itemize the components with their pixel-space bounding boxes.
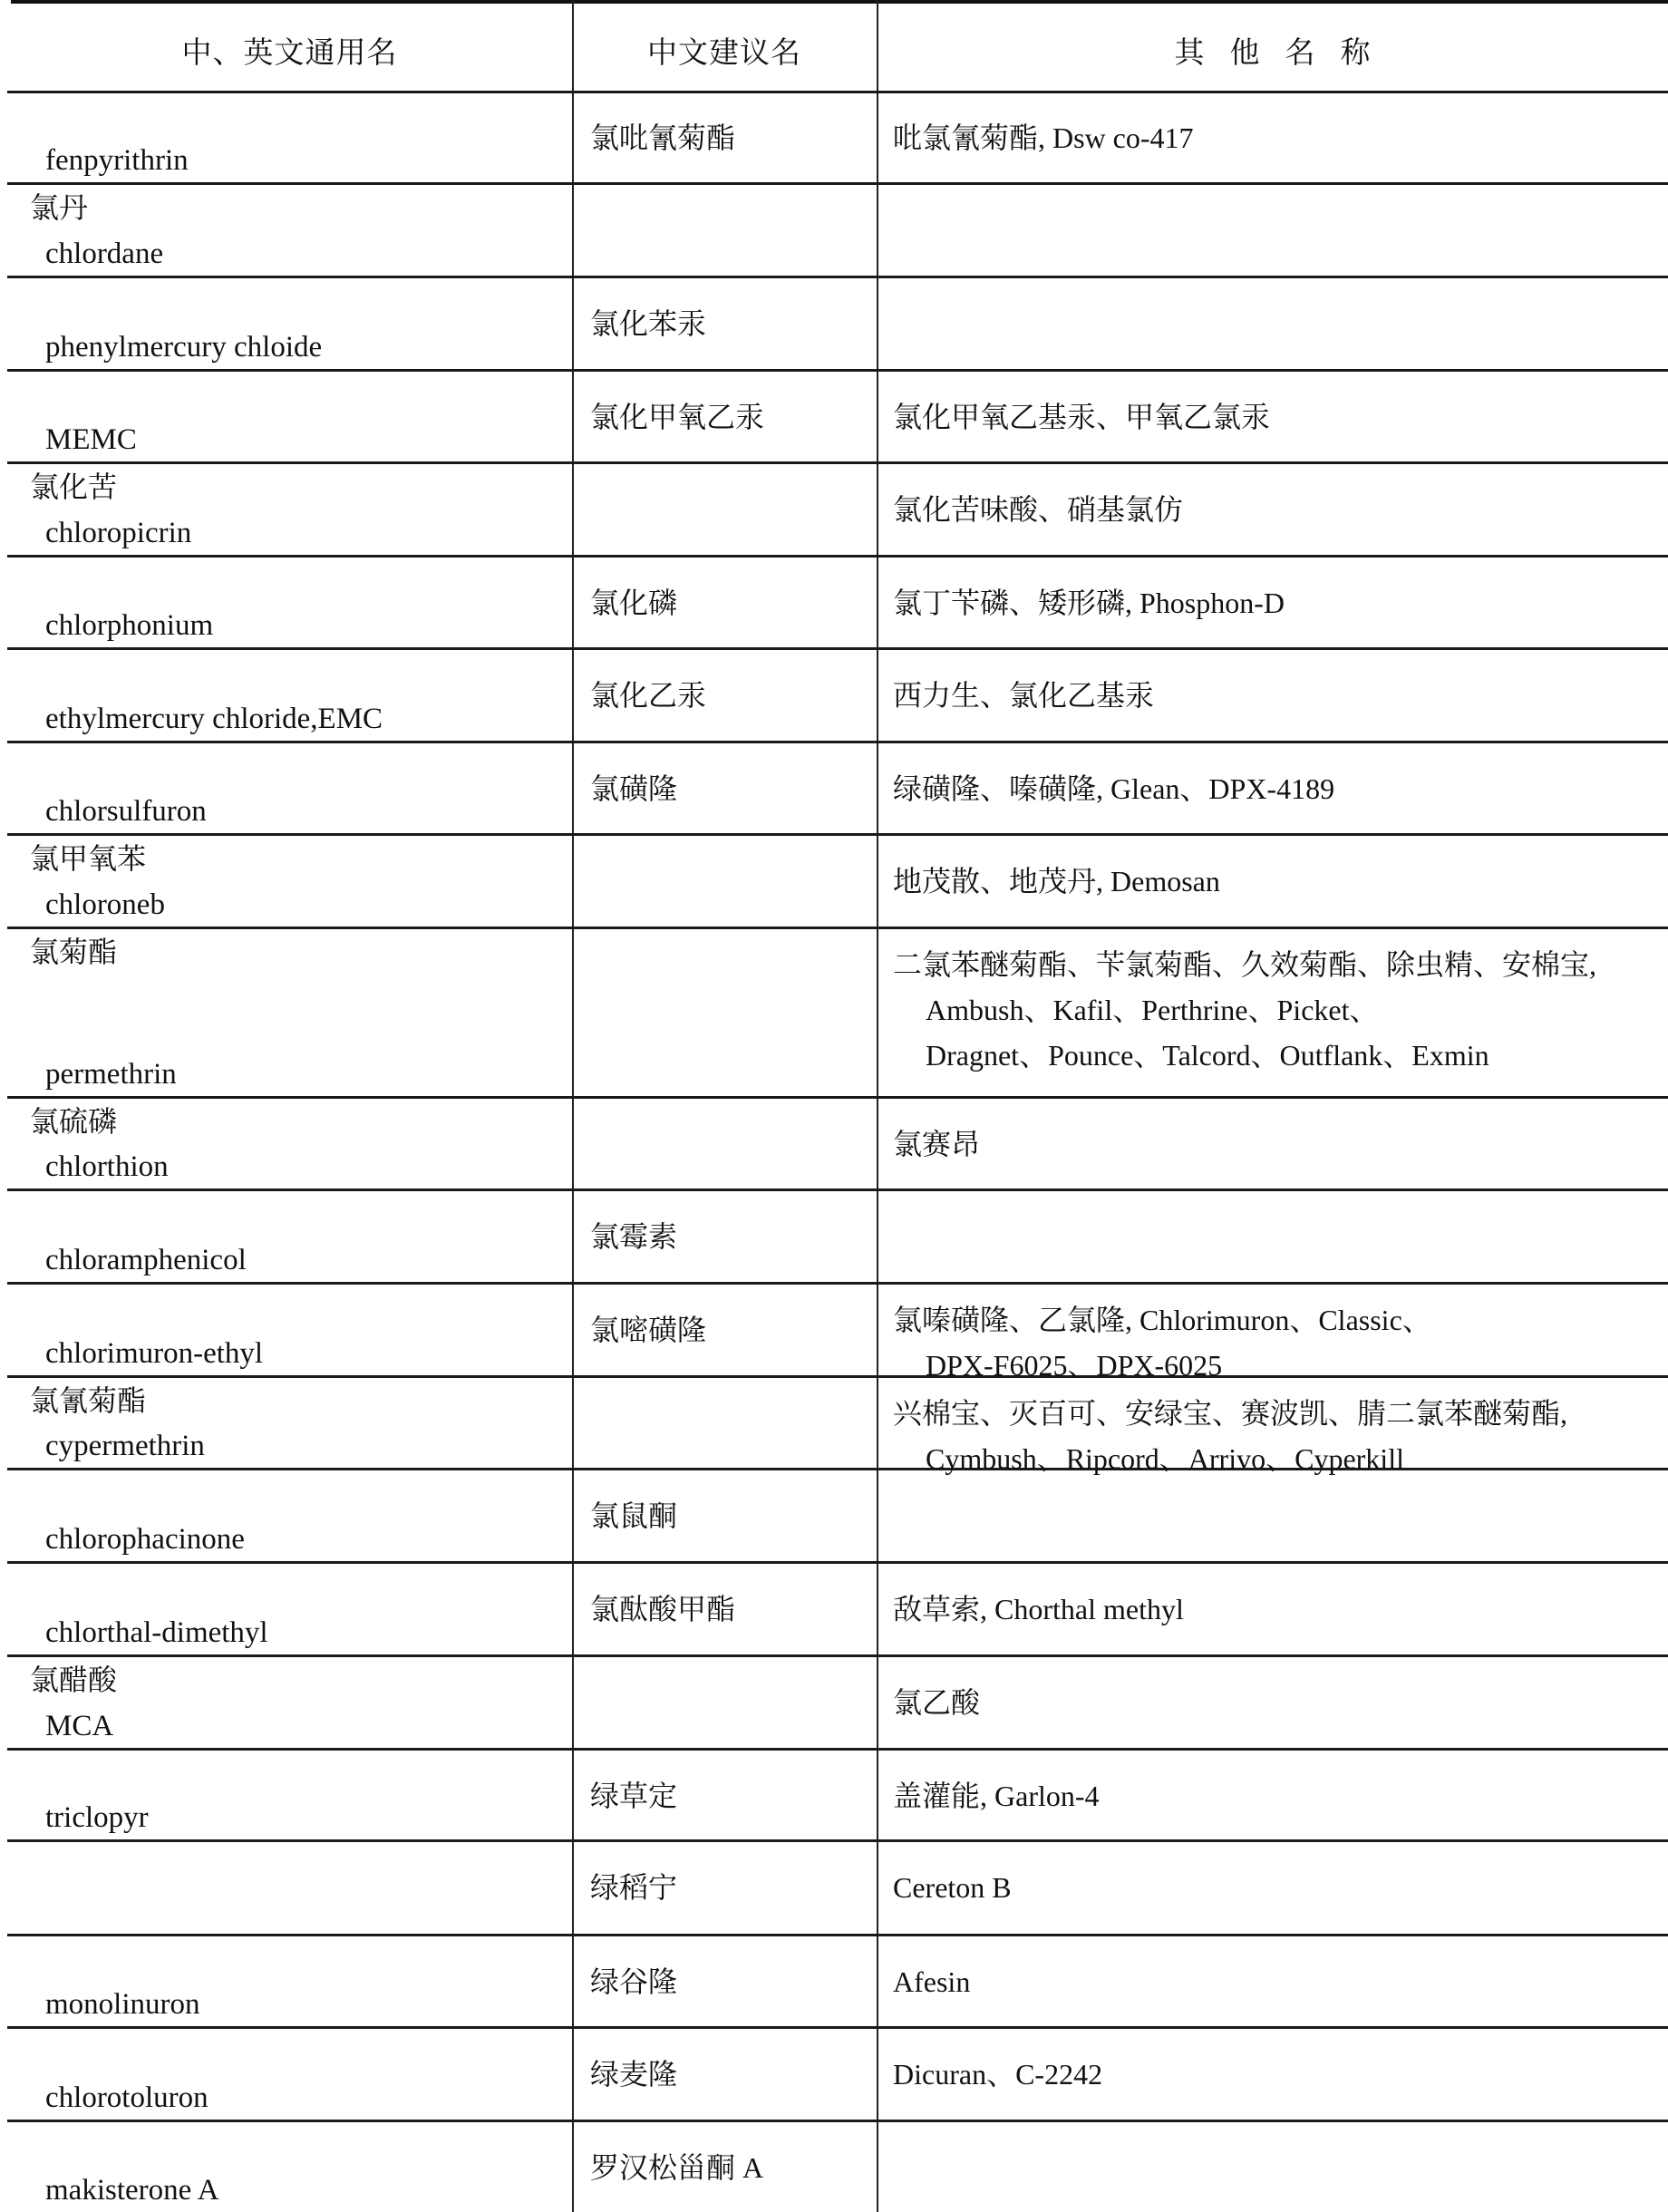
chinese-suggested-name: 氯霉素 <box>590 1218 677 1255</box>
chinese-suggested-name: 氯鼠酮 <box>590 1498 677 1534</box>
other-names: 敌草索, Chorthal methyl <box>893 1591 1661 1627</box>
chinese-suggested-name: 氯吡氰菊酯 <box>590 120 735 156</box>
common-name-cell: ethylmercury chloride,EMC <box>7 650 572 741</box>
other-name-line: 氯赛昂 <box>893 1126 1661 1162</box>
other-names: 氯嗪磺隆、乙氯隆, Chlorimuron、Classic、DPX-F6025、… <box>893 1297 1661 1388</box>
common-name-cell: 氯丹 chlordane <box>7 185 572 276</box>
other-names: 吡氯氰菊酯, Dsw co-417 <box>893 120 1661 156</box>
english-common-name: permethrin <box>45 1054 177 1094</box>
chinese-common-name: 氯硫磷 <box>30 1104 117 1139</box>
common-name-cell: chlorthal-dimethyl <box>7 1564 572 1654</box>
chinese-suggested-name: 氯酞酸甲酯 <box>590 1591 735 1627</box>
other-names-cell: 氯化苦味酸、硝基氯仿 <box>877 464 1668 555</box>
other-name-line: Ambush、Kafil、Perthrine、Picket、 <box>893 987 1661 1033</box>
other-names: 地茂散、地茂丹, Demosan <box>893 836 1661 927</box>
other-name-line: 盖灌能, Garlon-4 <box>893 1778 1661 1814</box>
other-name-line: 地茂散、地茂丹, Demosan <box>893 863 1661 899</box>
other-names: Afesin <box>893 1964 1661 2000</box>
suggested-name-cell: 氯吡氰菊酯 <box>572 92 877 182</box>
other-names-cell: 敌草索, Chorthal methyl <box>877 1564 1668 1654</box>
other-name-line: 敌草索, Chorthal methyl <box>893 1591 1661 1627</box>
suggested-name-cell <box>572 1378 877 1468</box>
chinese-common-name: 氯菊酯 <box>30 935 117 969</box>
english-common-name: chloramphenicol <box>45 1240 247 1280</box>
other-names-cell <box>877 185 1668 276</box>
other-name-line: 氯化苦味酸、硝基氯仿 <box>893 491 1661 528</box>
table-row: phenylmercury chloide 氯化苯汞 <box>7 278 1668 372</box>
other-names-cell: 吡氯氰菊酯, Dsw co-417 <box>877 92 1668 182</box>
column-header-suggested-name: 中文建议名 <box>572 4 877 96</box>
column-header-common-name: 中、英文通用名 <box>7 4 572 96</box>
other-names-cell: 氯嗪磺隆、乙氯隆, Chlorimuron、Classic、DPX-F6025、… <box>877 1285 1668 1375</box>
chinese-common-name: 氯化苦 <box>30 470 117 504</box>
other-names: 氯乙酸 <box>893 1657 1661 1748</box>
other-name-line: Cereton B <box>893 1869 1661 1906</box>
column-header-other-names: 其他名称 <box>877 4 1668 96</box>
table-row: 氯丹 chlordane <box>7 185 1668 278</box>
chinese-suggested-name: 氯化苯汞 <box>590 306 706 342</box>
pesticide-name-table: 中、英文通用名 中文建议名 其他名称 fenpyrithrin 氯吡氰菊酯 吡氯… <box>7 0 1668 2212</box>
suggested-name-cell: 绿稻宁 <box>572 1842 877 1934</box>
table-row: chloramphenicol 氯霉素 <box>7 1191 1668 1285</box>
suggested-name-cell <box>572 185 877 276</box>
chinese-suggested-name: 氯化乙汞 <box>590 677 706 713</box>
common-name-cell: chlorophacinone <box>7 1470 572 1561</box>
common-name-cell: 氯醋酸 MCA <box>7 1657 572 1748</box>
suggested-name-cell: 氯嘧磺隆 <box>572 1285 877 1375</box>
chinese-suggested-name: 氯化磷 <box>590 585 677 621</box>
other-name-line: 二氯苯醚菊酯、苄氯菊酯、久效菊酯、除虫精、安棉宝, <box>893 942 1661 987</box>
other-names: 盖灌能, Garlon-4 <box>893 1778 1661 1814</box>
english-common-name: chloroneb <box>45 885 165 925</box>
other-name-line: 绿磺隆、嗪磺隆, Glean、DPX-4189 <box>893 771 1661 807</box>
table-row: MEMC 氯化甲氧乙汞 氯化甲氧乙基汞、甲氧乙氯汞 <box>7 372 1668 464</box>
other-names-cell: Afesin <box>877 1936 1668 2026</box>
other-name-line: 氯化甲氧乙基汞、甲氧乙氯汞 <box>893 399 1661 435</box>
suggested-name-cell: 氯霉素 <box>572 1191 877 1282</box>
chinese-suggested-name: 绿谷隆 <box>590 1964 677 2000</box>
table-row: 氯菊酯 permethrin 二氯苯醚菊酯、苄氯菊酯、久效菊酯、除虫精、安棉宝,… <box>7 929 1668 1099</box>
chinese-common-name: 氯氰菊酯 <box>30 1383 146 1418</box>
other-names-cell <box>877 1470 1668 1561</box>
suggested-name-cell: 氯化乙汞 <box>572 650 877 741</box>
other-names-cell: Cereton B <box>877 1842 1668 1934</box>
suggested-name-cell: 氯化磷 <box>572 558 877 647</box>
suggested-name-cell: 氯化苯汞 <box>572 278 877 369</box>
table-row: 氯氰菊酯 cypermethrin 兴棉宝、灭百可、安绿宝、赛波凯、腈二氯苯醚菊… <box>7 1378 1668 1470</box>
common-name-cell: monolinuron <box>7 1936 572 2026</box>
other-names-cell: 氯乙酸 <box>877 1657 1668 1748</box>
common-name-cell: 氯菊酯 permethrin <box>7 929 572 1096</box>
table-row: chlorphonium 氯化磷 氯丁苄磷、矮形磷, Phosphon-D <box>7 558 1668 650</box>
other-names: 氯丁苄磷、矮形磷, Phosphon-D <box>893 585 1661 621</box>
common-name-cell: phenylmercury chloide <box>7 278 572 369</box>
english-common-name: ethylmercury chloride,EMC <box>45 699 383 739</box>
table-header-row: 中、英文通用名 中文建议名 其他名称 <box>7 4 1668 93</box>
common-name-cell: MEMC <box>7 372 572 461</box>
other-names-cell <box>877 278 1668 369</box>
table-row: 氯甲氧苯 chloroneb 地茂散、地茂丹, Demosan <box>7 836 1668 929</box>
common-name-cell: makisterone A <box>7 2122 572 2212</box>
chinese-suggested-name: 绿草定 <box>590 1778 677 1814</box>
suggested-name-cell <box>572 1657 877 1748</box>
english-common-name: MEMC <box>45 420 137 460</box>
suggested-name-cell <box>572 929 877 1096</box>
table-row: chlorsulfuron 氯磺隆 绿磺隆、嗪磺隆, Glean、DPX-418… <box>7 743 1668 836</box>
other-names-cell <box>877 1191 1668 1282</box>
other-names-cell: 氯赛昂 <box>877 1099 1668 1188</box>
table-row: 氯化苦 chloropicrin 氯化苦味酸、硝基氯仿 <box>7 464 1668 558</box>
suggested-name-cell: 氯化甲氧乙汞 <box>572 372 877 461</box>
chinese-suggested-name: 罗汉松甾酮 A <box>590 2149 763 2186</box>
other-name-line: 氯嗪磺隆、乙氯隆, Chlorimuron、Classic、 <box>893 1297 1661 1343</box>
other-names-cell: 西力生、氯化乙基汞 <box>877 650 1668 741</box>
table-row: chlorthal-dimethyl 氯酞酸甲酯 敌草索, Chorthal m… <box>7 1564 1668 1657</box>
english-common-name: chloropicrin <box>45 513 191 553</box>
english-common-name: triclopyr <box>45 1798 149 1838</box>
chinese-common-name: 氯丹 <box>30 190 88 225</box>
common-name-cell: fenpyrithrin <box>7 92 572 182</box>
english-common-name: chlorthion <box>45 1147 169 1187</box>
other-names-cell: 氯丁苄磷、矮形磷, Phosphon-D <box>877 558 1668 647</box>
common-name-cell: triclopyr <box>7 1751 572 1839</box>
suggested-name-cell: 氯磺隆 <box>572 743 877 833</box>
other-name-line: 吡氯氰菊酯, Dsw co-417 <box>893 120 1661 156</box>
other-names: Cereton B <box>893 1869 1661 1906</box>
chinese-common-name: 氯醋酸 <box>30 1663 117 1697</box>
chinese-common-name: 氯甲氧苯 <box>30 841 146 876</box>
table-row: 氯硫磷 chlorthion 氯赛昂 <box>7 1099 1668 1191</box>
other-name-line: Dicuran、C-2242 <box>893 2056 1661 2092</box>
other-name-line: Dragnet、Pounce、Talcord、Outflank、Exmin <box>893 1033 1661 1078</box>
other-names: 西力生、氯化乙基汞 <box>893 677 1661 713</box>
table-row: triclopyr 绿草定 盖灌能, Garlon-4 <box>7 1751 1668 1842</box>
other-name-line: 氯乙酸 <box>893 1684 1661 1721</box>
english-common-name: makisterone A <box>45 2170 219 2210</box>
table-row: monolinuron 绿谷隆 Afesin <box>7 1936 1668 2029</box>
suggested-name-cell: 绿谷隆 <box>572 1936 877 2026</box>
chinese-suggested-name: 绿麦隆 <box>590 2056 677 2092</box>
other-name-line: 氯丁苄磷、矮形磷, Phosphon-D <box>893 585 1661 621</box>
common-name-cell: 氯氰菊酯 cypermethrin <box>7 1378 572 1468</box>
english-common-name: chlorphonium <box>45 606 213 645</box>
suggested-name-cell <box>572 836 877 927</box>
suggested-name-cell: 氯鼠酮 <box>572 1470 877 1561</box>
chinese-suggested-name: 氯嘧磺隆 <box>590 1312 706 1348</box>
table-row: chlorimuron-ethyl 氯嘧磺隆 氯嗪磺隆、乙氯隆, Chlorim… <box>7 1285 1668 1378</box>
other-names-cell: 绿磺隆、嗪磺隆, Glean、DPX-4189 <box>877 743 1668 833</box>
chinese-suggested-name: 氯磺隆 <box>590 771 677 807</box>
table-row: fenpyrithrin 氯吡氰菊酯 吡氯氰菊酯, Dsw co-417 <box>7 92 1668 185</box>
other-names-cell: Dicuran、C-2242 <box>877 2029 1668 2120</box>
table-row: 绿稻宁 Cereton B <box>7 1842 1668 1936</box>
english-common-name: MCA <box>45 1706 113 1746</box>
chinese-suggested-name: 氯化甲氧乙汞 <box>590 399 764 435</box>
other-names: 二氯苯醚菊酯、苄氯菊酯、久效菊酯、除虫精、安棉宝,Ambush、Kafil、Pe… <box>893 942 1661 1078</box>
other-name-line: Afesin <box>893 1964 1661 2000</box>
english-common-name: monolinuron <box>45 1984 200 2024</box>
suggested-name-cell: 氯酞酸甲酯 <box>572 1564 877 1654</box>
suggested-name-cell <box>572 1099 877 1188</box>
common-name-cell: chlorphonium <box>7 558 572 647</box>
other-names-cell: 地茂散、地茂丹, Demosan <box>877 836 1668 927</box>
other-names: 兴棉宝、灭百可、安绿宝、赛波凯、腈二氯苯醚菊酯,Cymbush、Ripcord、… <box>893 1391 1661 1481</box>
english-common-name: chlorophacinone <box>45 1519 245 1559</box>
english-common-name: chlorimuron-ethyl <box>45 1334 263 1373</box>
common-name-cell: chloramphenicol <box>7 1191 572 1282</box>
other-name-line: 兴棉宝、灭百可、安绿宝、赛波凯、腈二氯苯醚菊酯, <box>893 1391 1661 1436</box>
common-name-cell: 氯甲氧苯 chloroneb <box>7 836 572 927</box>
other-names: Dicuran、C-2242 <box>893 2056 1661 2092</box>
english-common-name: chlordane <box>45 234 163 274</box>
common-name-cell: chlorotoluron <box>7 2029 572 2120</box>
other-names: 氯赛昂 <box>893 1099 1661 1188</box>
table-row: makisterone A 罗汉松甾酮 A <box>7 2122 1668 2212</box>
table-row: 氯醋酸 MCA 氯乙酸 <box>7 1657 1668 1751</box>
table-row: chlorotoluron 绿麦隆 Dicuran、C-2242 <box>7 2029 1668 2122</box>
table-row: chlorophacinone 氯鼠酮 <box>7 1470 1668 1564</box>
other-names-cell: 盖灌能, Garlon-4 <box>877 1751 1668 1839</box>
suggested-name-cell: 绿麦隆 <box>572 2029 877 2120</box>
common-name-cell: chlorimuron-ethyl <box>7 1285 572 1375</box>
english-common-name: fenpyrithrin <box>45 141 189 180</box>
common-name-cell <box>7 1842 572 1934</box>
common-name-cell: 氯硫磷 chlorthion <box>7 1099 572 1188</box>
suggested-name-cell <box>572 464 877 555</box>
english-common-name: phenylmercury chloide <box>45 327 322 367</box>
chinese-suggested-name: 绿稻宁 <box>590 1869 677 1906</box>
table-row: ethylmercury chloride,EMC 氯化乙汞 西力生、氯化乙基汞 <box>7 650 1668 743</box>
english-common-name: chlorthal-dimethyl <box>45 1613 268 1653</box>
other-names-cell: 二氯苯醚菊酯、苄氯菊酯、久效菊酯、除虫精、安棉宝,Ambush、Kafil、Pe… <box>877 929 1668 1096</box>
english-common-name: chlorotoluron <box>45 2078 208 2118</box>
common-name-cell: chlorsulfuron <box>7 743 572 833</box>
other-names: 氯化甲氧乙基汞、甲氧乙氯汞 <box>893 399 1661 435</box>
other-names-cell: 氯化甲氧乙基汞、甲氧乙氯汞 <box>877 372 1668 461</box>
other-names-cell: 兴棉宝、灭百可、安绿宝、赛波凯、腈二氯苯醚菊酯,Cymbush、Ripcord、… <box>877 1378 1668 1468</box>
suggested-name-cell: 绿草定 <box>572 1751 877 1839</box>
other-names <box>893 185 1661 276</box>
english-common-name: chlorsulfuron <box>45 791 207 831</box>
other-names: 氯化苦味酸、硝基氯仿 <box>893 464 1661 555</box>
suggested-name-cell: 罗汉松甾酮 A <box>572 2122 877 2212</box>
other-names-cell <box>877 2122 1668 2212</box>
other-names: 绿磺隆、嗪磺隆, Glean、DPX-4189 <box>893 771 1661 807</box>
english-common-name: cypermethrin <box>45 1426 205 1466</box>
other-name-line: 西力生、氯化乙基汞 <box>893 677 1661 713</box>
common-name-cell: 氯化苦 chloropicrin <box>7 464 572 555</box>
